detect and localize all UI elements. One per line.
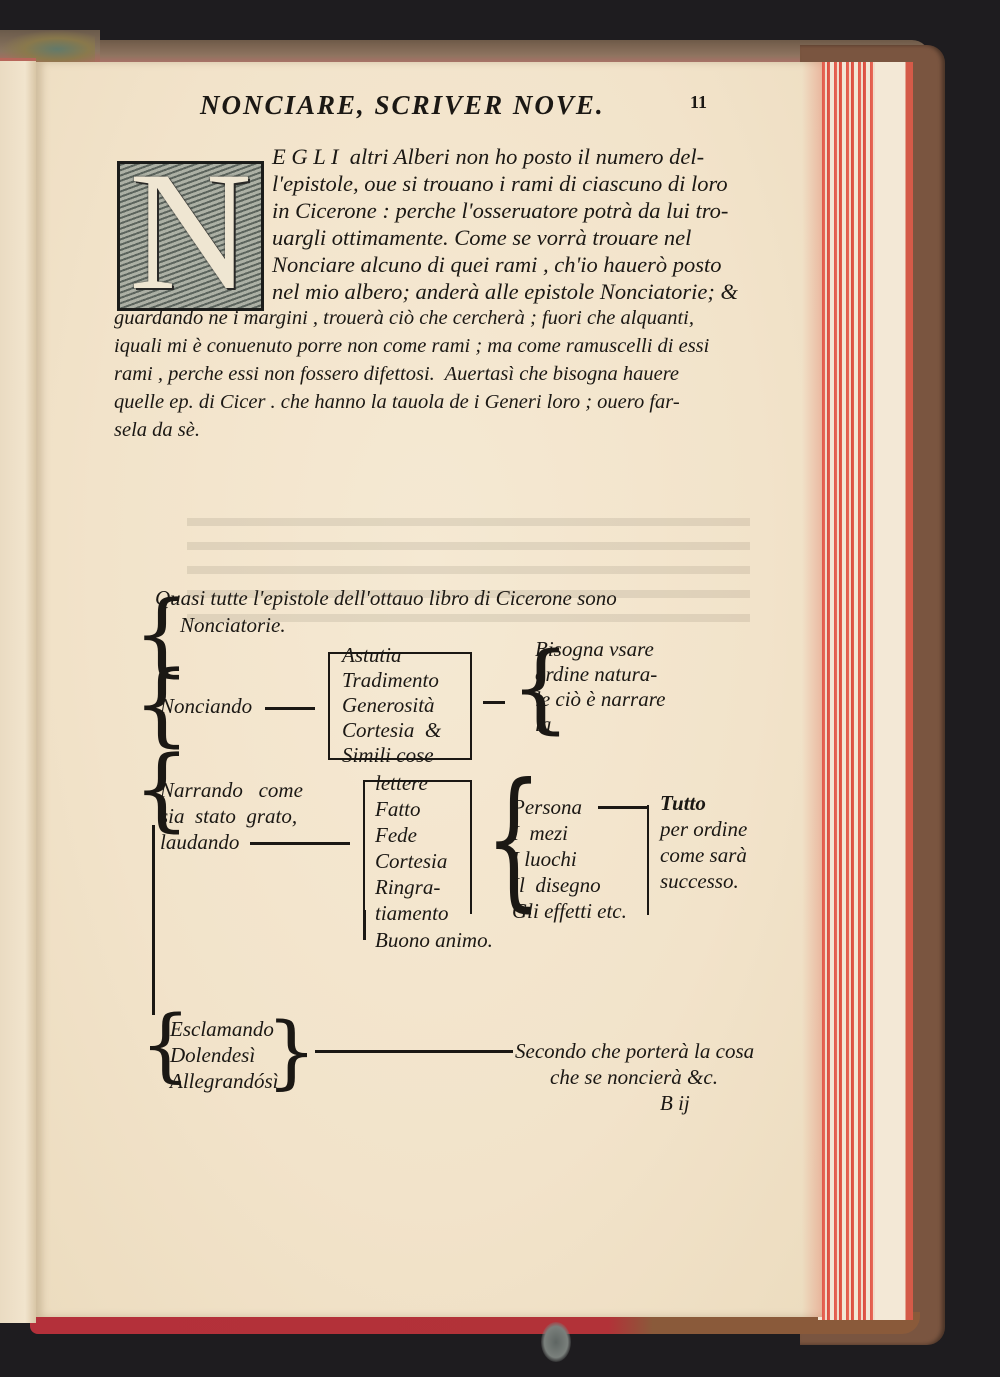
diagram-root-line: Quasi tutte l'epistole dell'ottauo libro… — [155, 585, 617, 611]
paragraph-line: iquali mi è conuenuto porre non come ram… — [114, 333, 709, 360]
narrando-sub-item: Il disegno — [512, 872, 601, 898]
narrando-result: Tutto — [660, 790, 706, 816]
narrando-item: Buono animo. — [375, 927, 493, 953]
signature-mark: B ij — [660, 1090, 690, 1116]
connector-line — [483, 701, 505, 704]
initial-letter: N — [120, 161, 261, 311]
connector-line — [265, 707, 315, 710]
narrando-result: come sarà — [660, 842, 747, 868]
narrando-sub-item: I mezi — [512, 820, 568, 846]
paragraph-line: uargli ottimamente. Come se vorrà trouar… — [272, 224, 691, 251]
narrando-label: sia stato grato, — [160, 803, 297, 829]
narrando-item: Fatto — [375, 796, 421, 822]
decorated-initial: N — [117, 161, 264, 311]
narrando-item: tiamento — [375, 900, 449, 926]
narrando-item: Cortesia — [375, 848, 447, 874]
nonciando-result: le ciò è narrare — [535, 686, 665, 712]
facing-left-page — [0, 58, 36, 1323]
narrando-sub-item: I luochi — [512, 846, 577, 872]
paragraph-line: E G L I altri Alberi non ho posto il num… — [272, 143, 704, 170]
sub-bracket-right — [647, 805, 649, 915]
esclamando-item: Dolendesì — [170, 1042, 255, 1068]
connector-line — [250, 842, 350, 845]
paragraph-line: in Cicerone : perche l'osseruatore potrà… — [272, 197, 728, 224]
narrando-item: lettere — [375, 770, 428, 796]
connector-line — [598, 806, 648, 809]
nonciando-result: la — [535, 711, 551, 737]
narrando-item: Fede — [375, 822, 417, 848]
narrando-result: per ordine — [660, 816, 747, 842]
nonciando-item: Cortesia & — [342, 717, 441, 743]
nonciando-item: Astutia — [342, 642, 402, 668]
esclamando-item: Esclamando — [170, 1016, 274, 1042]
paragraph-line: sela da sè. — [114, 417, 200, 444]
paragraph-line: quelle ep. di Cicer . che hanno la tauol… — [114, 389, 680, 416]
nonciando-item: Simili cose — [342, 742, 434, 768]
paragraph-line: Nonciare alcuno di quei rami , ch'io hau… — [272, 251, 722, 278]
narrando-label: laudando — [160, 829, 239, 855]
paragraph-line: l'epistole, oue si trouano i rami di cia… — [272, 170, 728, 197]
narrando-bracket-tail — [363, 910, 366, 940]
esclamando-result: Secondo che porterà la cosa — [515, 1038, 754, 1064]
diagram-root-line: Nonciatorie. — [180, 612, 286, 638]
right-brace-icon: { — [287, 1012, 317, 1092]
esclamando-item: Allegrandósì — [170, 1068, 279, 1094]
narrando-sub-item: Gli effetti etc. — [512, 898, 627, 924]
narrando-item: Ringra- — [375, 874, 440, 900]
nonciando-item: Generosità — [342, 692, 435, 718]
narrando-sub-item: Persona — [512, 794, 582, 820]
narrando-result: successo. — [660, 868, 739, 894]
nonciando-item: Tradimento — [342, 667, 439, 693]
nonciando-result: ordine natura- — [535, 661, 657, 687]
paragraph-line: nel mio albero; anderà alle epistole Non… — [272, 278, 738, 305]
connector-line — [315, 1050, 513, 1053]
ink-blot — [541, 1322, 571, 1362]
diagram-spine-line — [152, 825, 155, 1015]
esclamando-result: che se noncierà &c. — [550, 1064, 718, 1090]
narrando-label: Narrando come — [160, 777, 303, 803]
paragraph-line: rami , perche essi non fossero difettosi… — [114, 361, 679, 388]
running-head: NONCIARE, SCRIVER NOVE. — [200, 90, 605, 121]
paragraph-line: guardando ne i margini , trouerà ciò che… — [114, 305, 694, 332]
nonciando-result: Bisogna vsare — [535, 636, 654, 662]
red-sprinkled-page-edges — [818, 62, 913, 1320]
page-number: 11 — [690, 92, 707, 113]
nonciando-label: Nonciando — [160, 693, 252, 719]
